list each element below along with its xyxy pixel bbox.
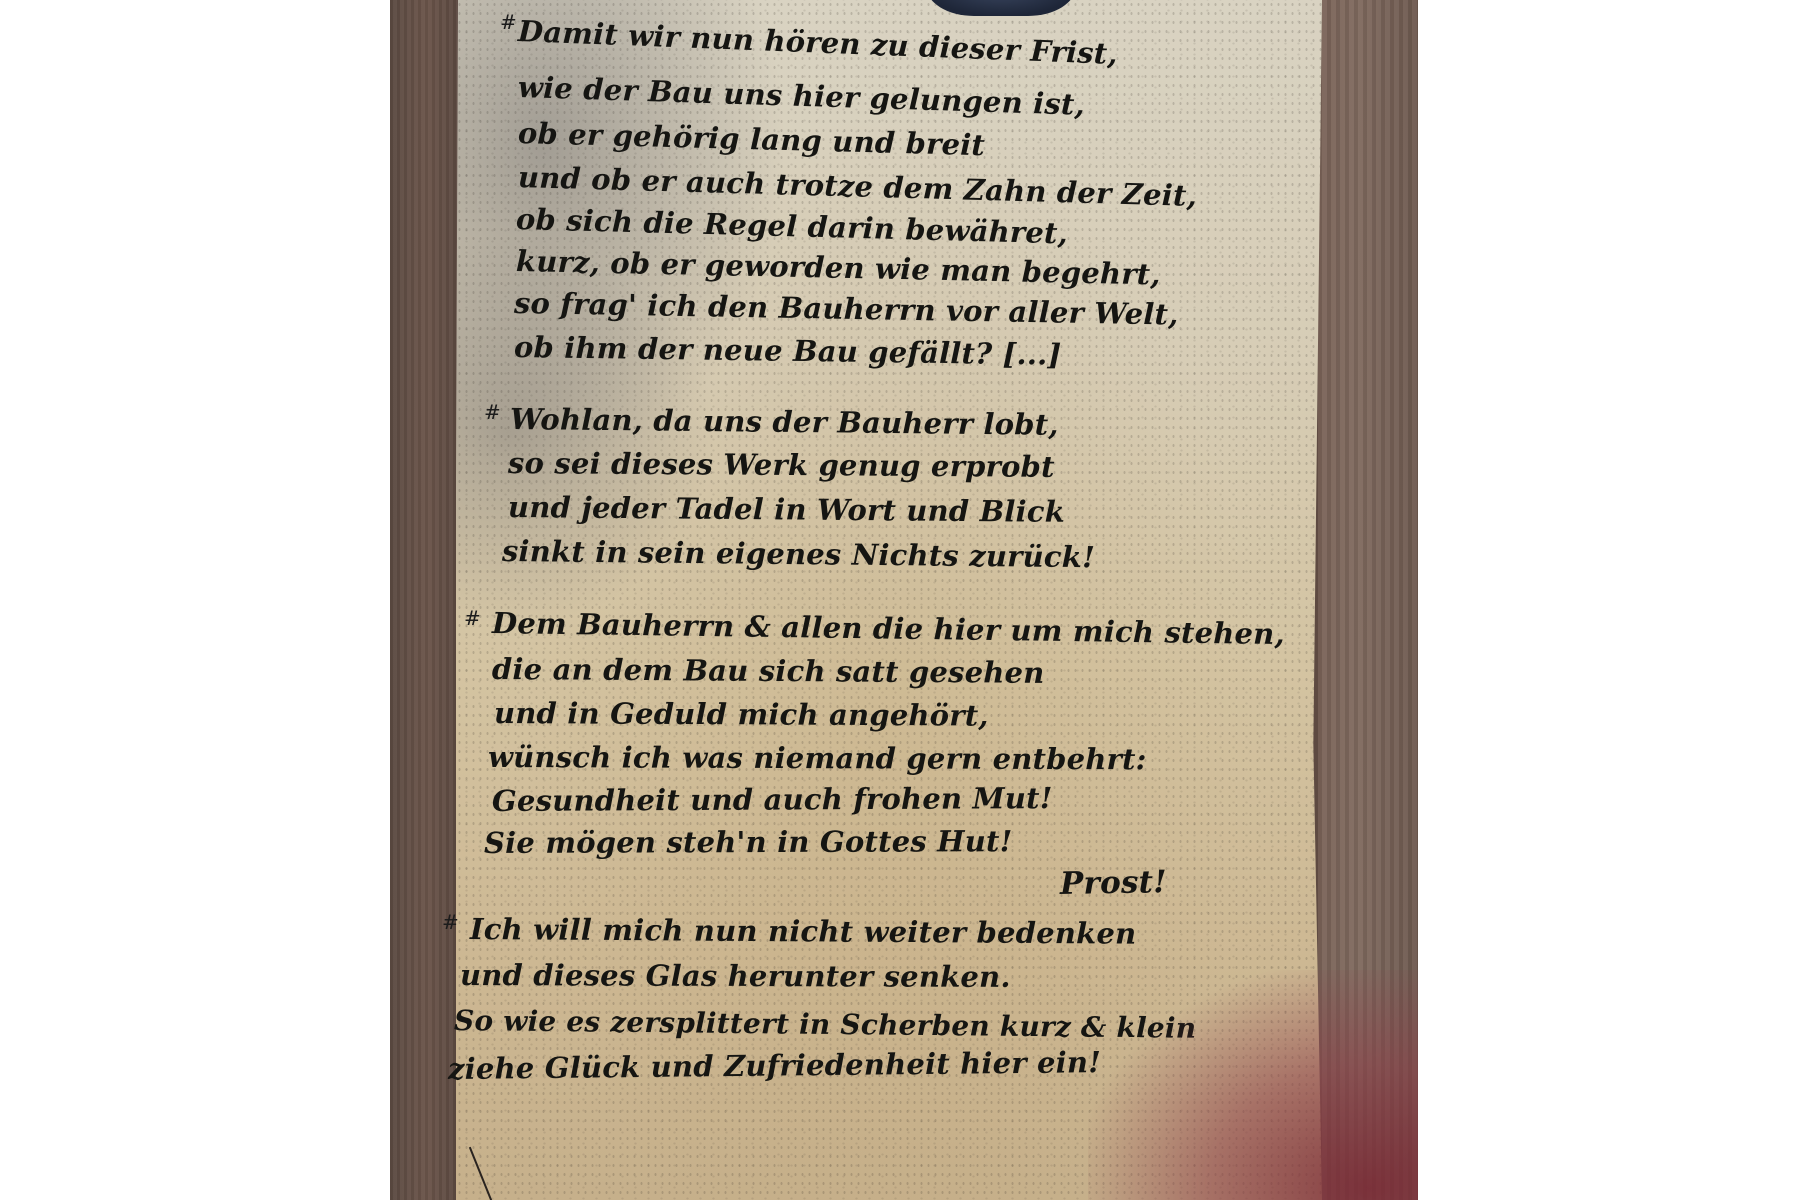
stanza-marker: # xyxy=(442,910,459,934)
poem-line: so sei dieses Werk genug erprobt xyxy=(508,446,1055,484)
poem-line: wünsch ich was niemand gern entbehrt: xyxy=(488,740,1147,776)
poem-line: Damit wir nun hören zu dieser Frist, xyxy=(517,14,1118,71)
poem-line: wie der Bau uns hier gelungen ist, xyxy=(517,70,1085,122)
poem-line: ob ihm der neue Bau gefällt? [...] xyxy=(514,330,1062,372)
wood-frame-right xyxy=(1318,0,1418,1200)
poem-line: sinkt in sein eigenes Nichts zurück! xyxy=(502,534,1095,574)
poem-line: Wohlan, da uns der Bauherr lobt, xyxy=(510,402,1059,442)
poem-line: so frag' ich den Bauherrn vor aller Welt… xyxy=(514,286,1179,332)
poem-line: und dieses Glas herunter senken. xyxy=(460,958,1011,994)
poem-line: Dem Bauherrn & allen die hier um mich st… xyxy=(492,606,1285,651)
framed-poem-photo: # Damit wir nun hören zu dieser Frist, w… xyxy=(390,0,1418,1200)
poem-line: Sie mögen steh'n in Gottes Hut! xyxy=(484,824,1013,860)
poem-line: ob sich die Regel darin bewähret, xyxy=(516,202,1069,250)
poem-line: Ich will mich nun nicht weiter bedenken xyxy=(470,912,1137,951)
stanza-marker: # xyxy=(484,400,501,424)
poem-line: und in Geduld mich angehört, xyxy=(494,696,989,733)
poem-line: Gesundheit und auch frohen Mut! xyxy=(492,781,1053,818)
poem-line: kurz, ob er geworden wie man begehrt, xyxy=(516,244,1161,291)
parchment-paper: # Damit wir nun hören zu dieser Frist, w… xyxy=(456,0,1322,1200)
prost-closing: Prost! xyxy=(1060,864,1168,902)
wood-frame-left xyxy=(390,0,462,1200)
stanza-marker: # xyxy=(464,606,481,630)
poem-line: ziehe Glück und Zufriedenheit hier ein! xyxy=(448,1045,1101,1086)
poem-text: # Damit wir nun hören zu dieser Frist, w… xyxy=(456,0,1322,1200)
poem-line: und jeder Tadel in Wort und Blick xyxy=(508,490,1065,529)
stanza-marker: # xyxy=(500,10,517,34)
poem-line: die an dem Bau sich satt gesehen xyxy=(492,652,1045,690)
poem-line: So wie es zersplittert in Scherben kurz … xyxy=(454,1004,1197,1045)
poem-line: ob er gehörig lang und breit xyxy=(518,116,986,162)
